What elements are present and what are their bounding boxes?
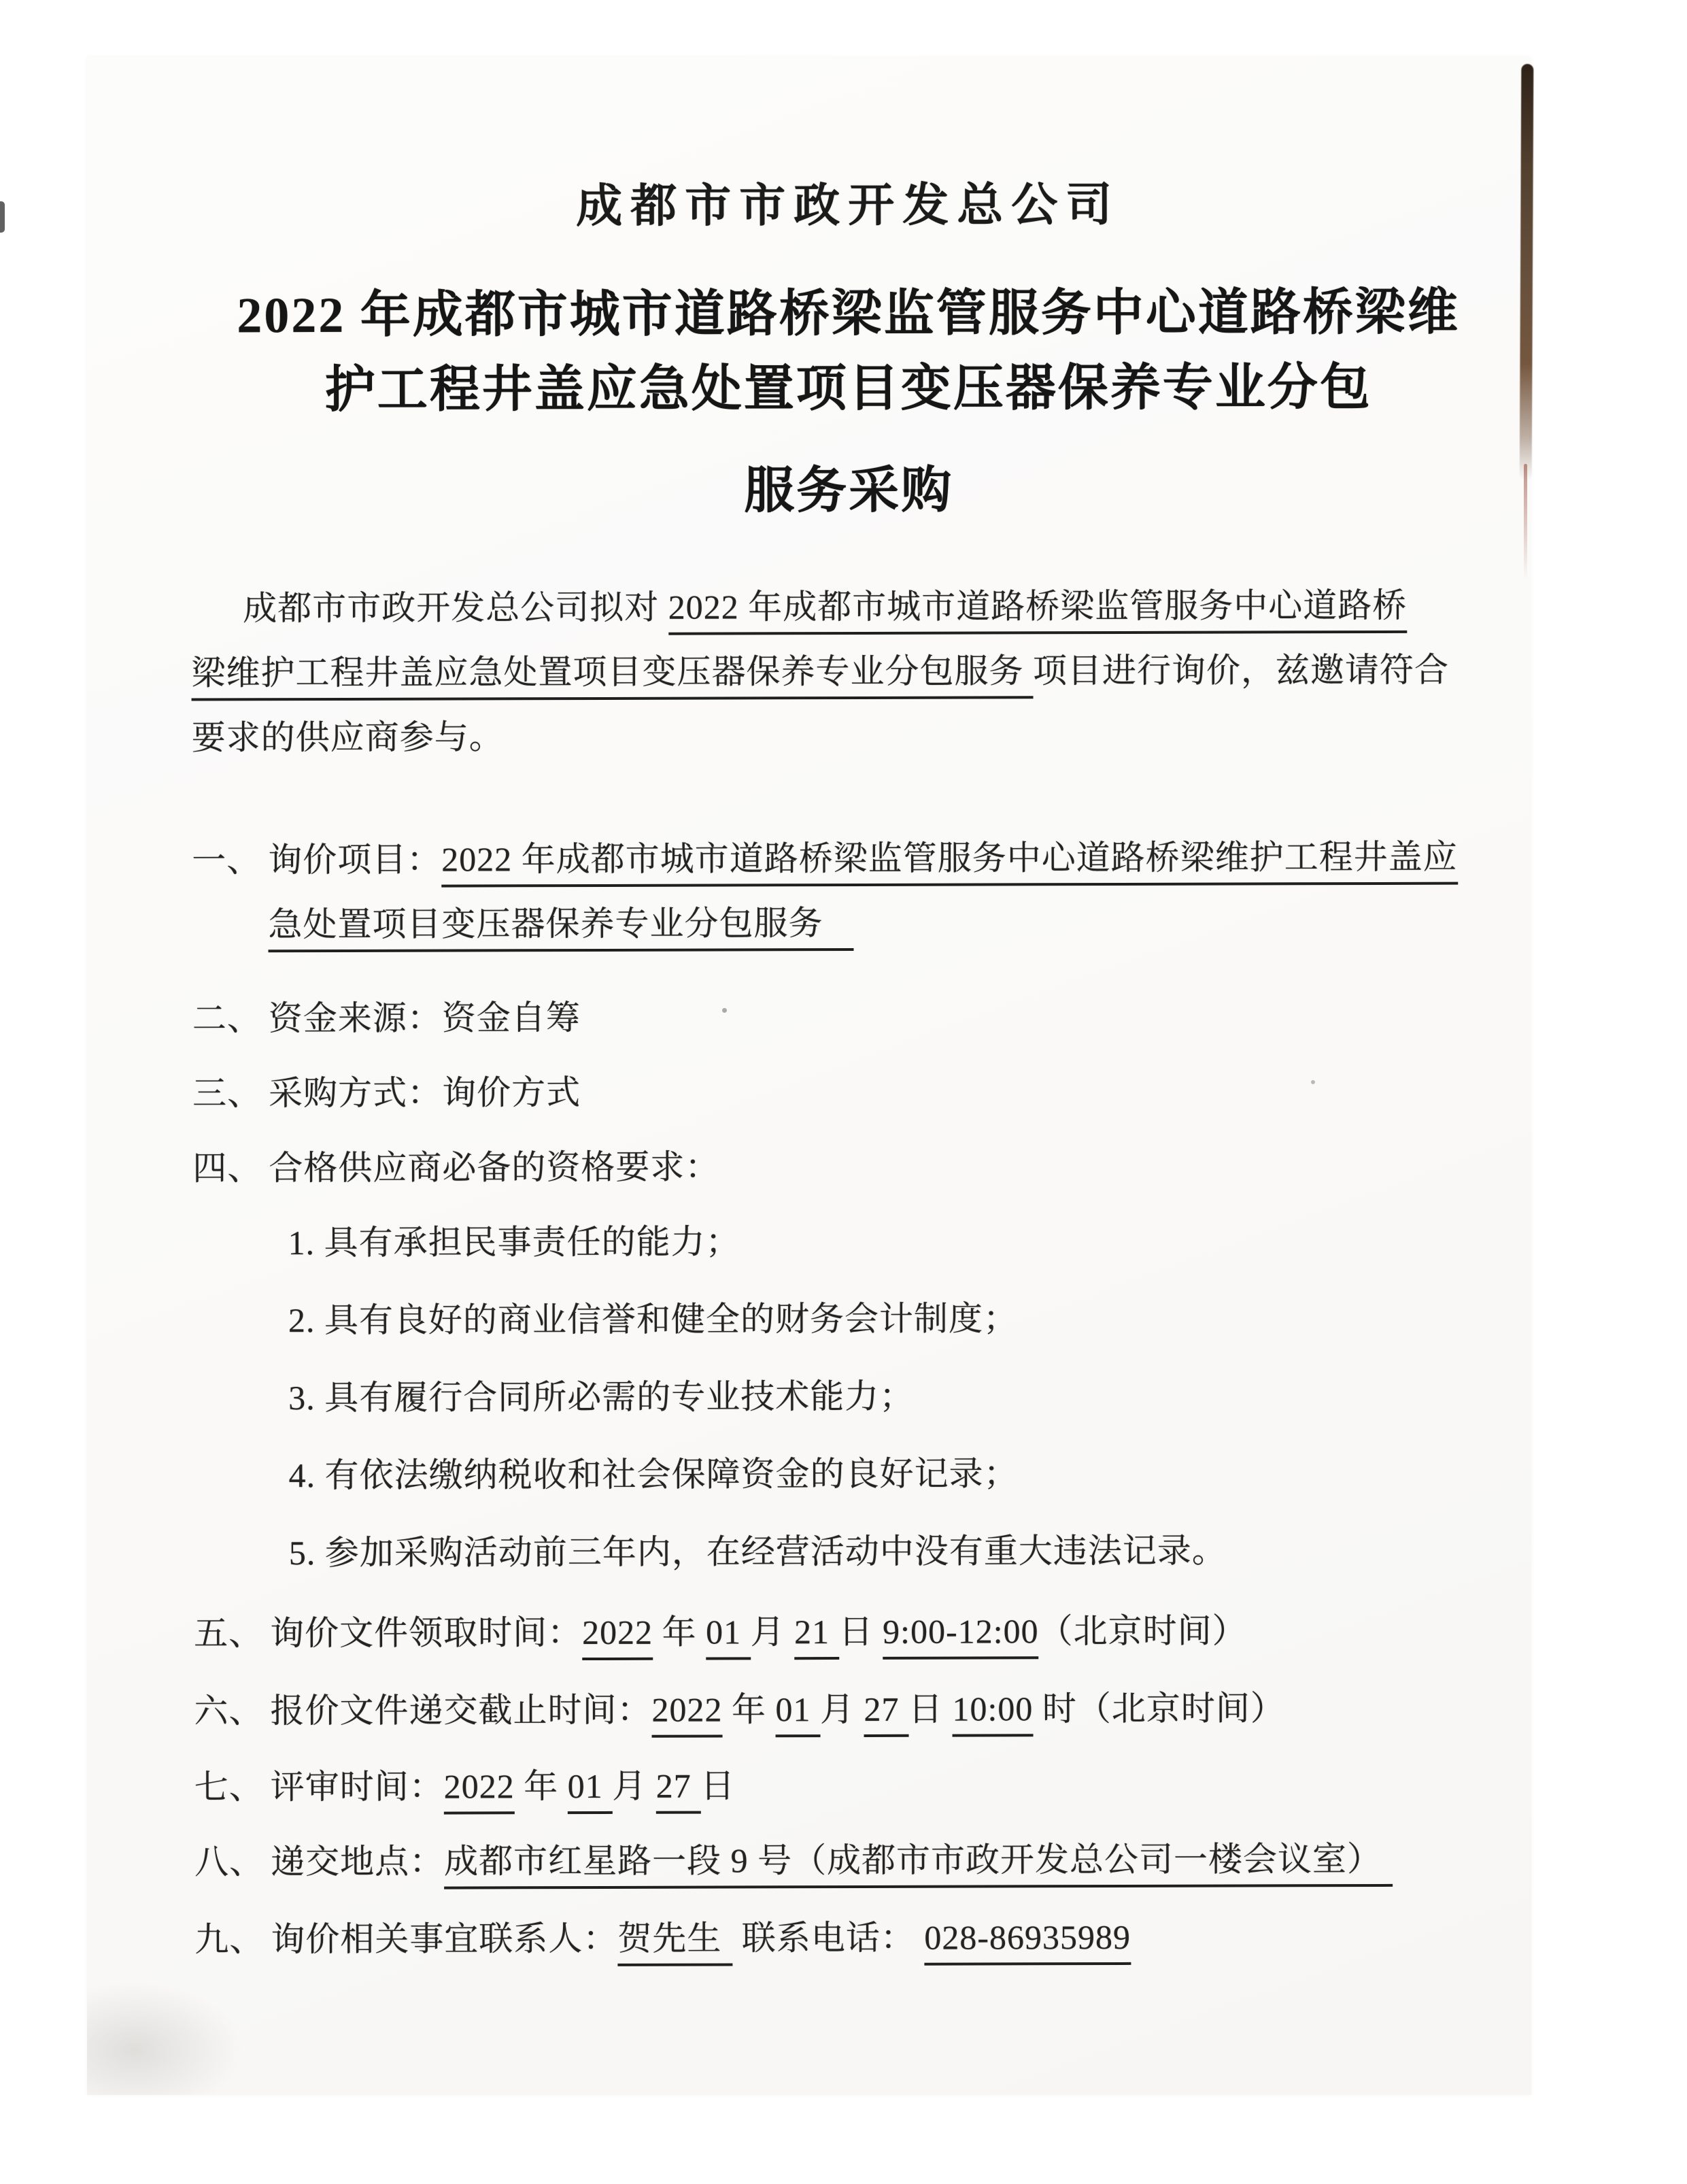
item-9-contact-name: 贺先生	[617, 1919, 732, 1966]
item-5-day-unit: 日	[839, 1613, 883, 1651]
item-8: 八、递交地点：成都市红星路一段 9 号（成都市市政开发总公司一楼会议室）	[194, 1836, 1393, 1885]
intro-line3: 要求的供应商参与。	[192, 714, 504, 760]
intro-line1-plain: 成都市市政开发总公司拟对	[243, 588, 668, 628]
scan-edge-streak-fade	[1524, 464, 1527, 579]
item-7-year-unit: 年	[515, 1767, 568, 1805]
item-5-timezone: （北京时间）	[1039, 1611, 1247, 1650]
item-3-text: 采购方式：询价方式	[269, 1073, 581, 1112]
item-6-day: 27	[864, 1690, 908, 1737]
project-title-line2: 护工程井盖应急处置项目变压器保养专业分包	[190, 365, 1506, 413]
intro-line1: 成都市市政开发总公司拟对 2022 年成都市城市道路桥梁监管服务中心道路桥	[191, 583, 1407, 631]
procurement-subtitle-text: 服务采购	[744, 463, 953, 520]
item-4-sub-1: 1. 具有承担民事责任的能力；	[288, 1219, 740, 1265]
item-6-year: 2022	[651, 1690, 722, 1737]
intro-line2-plain: 项目进行询价，兹邀请符合	[1033, 651, 1449, 690]
item-5-day: 21	[794, 1613, 839, 1660]
item-2: 二、资金来源：资金自筹	[192, 995, 581, 1041]
scan-speck	[722, 1008, 727, 1013]
item-7-year: 2022	[444, 1767, 515, 1814]
item-1-number: 一、	[192, 837, 268, 882]
scan-speck	[1311, 1080, 1315, 1084]
item-4-text: 合格供应商必备的资格要求：	[269, 1148, 719, 1188]
item-2-text: 资金来源：资金自筹	[269, 998, 581, 1037]
item-1-label: 询价项目：	[268, 841, 441, 879]
item-8-number: 八、	[194, 1839, 271, 1884]
item-5-month: 01	[706, 1613, 751, 1660]
item-6-time-unit: 时	[1033, 1690, 1077, 1728]
intro-line2-underlined: 梁维护工程井盖应急处置项目变压器保养专业分包服务	[191, 652, 1033, 701]
item-7-month-unit: 月	[612, 1767, 656, 1805]
item-8-address: 成都市红星路一段 9 号（成都市市政开发总公司一楼会议室）	[444, 1840, 1393, 1889]
paper-sheet: 成都市市政开发总公司 2022 年成都市城市道路桥梁监管服务中心道路桥梁维 护工…	[87, 57, 1531, 2095]
item-1-line1: 一、询价项目：2022 年成都市城市道路桥梁监管服务中心道路桥梁维护工程井盖应	[192, 835, 1458, 883]
item-9: 九、询价相关事宜联系人：贺先生 联系电话： 028-86935989	[194, 1915, 1131, 1962]
item-1-underlined-line1: 2022 年成都市城市道路桥梁监管服务中心道路桥梁维护工程井盖应	[441, 838, 1458, 888]
item-5-year: 2022	[582, 1613, 653, 1660]
item-4-number: 四、	[192, 1145, 269, 1190]
item-4-sub-3: 3. 具有履行合同所必需的专业技术能力；	[288, 1374, 914, 1420]
company-title-text: 成都市市政开发总公司	[576, 179, 1120, 232]
item-2-number: 二、	[192, 996, 269, 1041]
item-4: 四、合格供应商必备的资格要求：	[192, 1145, 719, 1191]
item-7-day-unit: 日	[700, 1766, 735, 1804]
item-6-timezone: （北京时间）	[1077, 1689, 1285, 1728]
item-1-line2: 急处置项目变压器保养专业分包服务	[268, 901, 853, 947]
item-9-number: 九、	[194, 1917, 271, 1962]
item-6-year-unit: 年	[722, 1690, 775, 1728]
item-7-month: 01	[568, 1767, 613, 1814]
intro-line2: 梁维护工程井盖应急处置项目变压器保养专业分包服务 项目进行询价，兹邀请符合	[191, 648, 1449, 696]
item-1-underlined-line2: 急处置项目变压器保养专业分包服务	[268, 904, 853, 952]
item-4-sub-5-text: 5. 参加采购活动前三年内，在经营活动中没有重大违法记录。	[289, 1532, 1227, 1573]
item-7: 七、评审时间：2022 年 01 月 27 日	[194, 1763, 736, 1809]
document-content: 成都市市政开发总公司 2022 年成都市城市道路桥梁监管服务中心道路桥梁维 护工…	[190, 55, 1511, 2096]
scan-left-edge-mark	[0, 201, 5, 233]
item-4-sub-4-text: 4. 有依法缴纳税收和社会保障资金的良好记录；	[288, 1454, 1018, 1494]
item-7-day: 27	[656, 1767, 701, 1814]
item-4-sub-1-text: 1. 具有承担民事责任的能力；	[288, 1222, 740, 1262]
intro-line3-plain: 要求的供应商参与。	[192, 718, 504, 756]
item-6-time: 10:00	[952, 1690, 1033, 1736]
item-6-day-unit: 日	[908, 1690, 953, 1728]
procurement-subtitle: 服务采购	[191, 467, 1507, 515]
scanned-document-page: { "colors": { "ink": "#232323", "paper":…	[0, 0, 1687, 2184]
project-title-line2-text: 护工程井盖应急处置项目变压器保养专业分包	[325, 360, 1372, 418]
project-title-line1: 2022 年成都市城市道路桥梁监管服务中心道路桥梁维	[190, 290, 1506, 338]
item-9-phone-number: 028-86935989	[924, 1918, 1131, 1966]
item-4-sub-4: 4. 有依法缴纳税收和社会保障资金的良好记录；	[288, 1451, 1018, 1498]
item-5-month-unit: 月	[751, 1613, 795, 1651]
item-9-label: 询价相关事宜联系人：	[271, 1919, 617, 1958]
item-4-sub-5: 5. 参加采购活动前三年内，在经营活动中没有重大违法记录。	[289, 1528, 1227, 1576]
item-5-label: 询价文件领取时间：	[270, 1613, 582, 1652]
item-7-label: 评审时间：	[271, 1768, 444, 1807]
item-5-year-unit: 年	[653, 1613, 706, 1651]
item-9-phone-label: 联系电话：	[732, 1919, 924, 1958]
item-7-number: 七、	[194, 1764, 271, 1809]
item-4-sub-3-text: 3. 具有履行合同所必需的专业技术能力；	[288, 1377, 914, 1417]
company-title: 成都市市政开发总公司	[190, 181, 1506, 229]
item-5: 五、询价文件领取时间：2022 年 01 月 21 日 9:00-12:00（北…	[194, 1608, 1247, 1656]
item-8-label: 递交地点：	[271, 1843, 444, 1881]
intro-line1-underlined: 2022 年成都市城市道路桥梁监管服务中心道路桥	[668, 586, 1408, 635]
item-6: 六、报价文件递交截止时间：2022 年 01 月 27 日 10:00 时（北京…	[194, 1685, 1285, 1733]
item-4-sub-2: 2. 具有良好的商业信誉和健全的财务会计制度；	[288, 1296, 1018, 1343]
item-6-month-unit: 月	[820, 1690, 864, 1728]
item-6-label: 报价文件递交截止时间：	[270, 1691, 651, 1730]
item-4-sub-2-text: 2. 具有良好的商业信誉和健全的财务会计制度；	[288, 1299, 1018, 1339]
item-3-number: 三、	[192, 1071, 269, 1115]
project-title-line1-text: 2022 年成都市城市道路桥梁监管服务中心道路桥梁维	[237, 285, 1460, 344]
scan-edge-streak	[1520, 64, 1534, 480]
item-5-number: 五、	[194, 1611, 270, 1656]
item-3: 三、采购方式：询价方式	[192, 1070, 581, 1115]
item-6-month: 01	[775, 1690, 820, 1737]
item-5-time-range: 9:00-12:00	[883, 1612, 1039, 1660]
item-6-number: 六、	[194, 1688, 270, 1733]
